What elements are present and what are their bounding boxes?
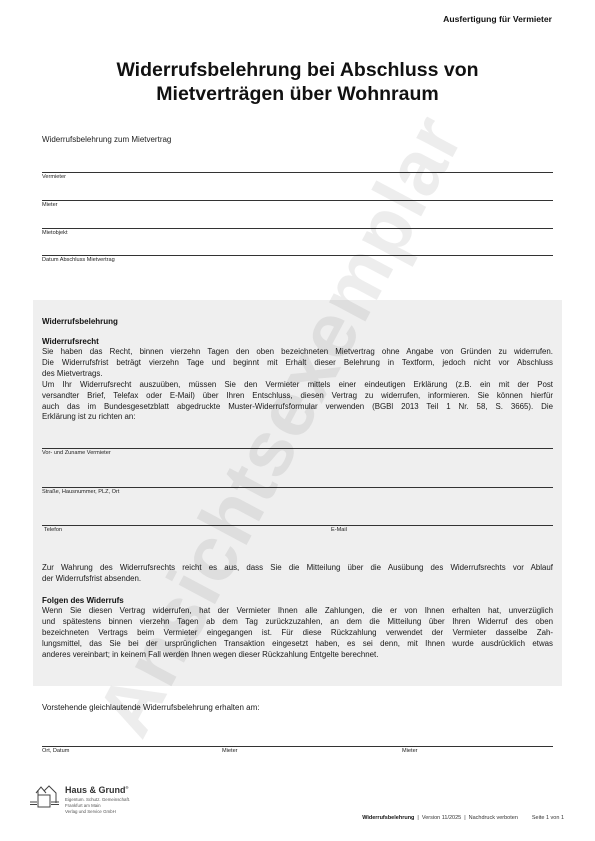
text-line: der Widerrufsfrist absenden. [42, 574, 553, 585]
text-line: Um Ihr Widerrufsrecht auszuüben, müssen … [42, 380, 553, 391]
consequences-text: Wenn Sie diesen Vertrag widerrufen, hat … [42, 606, 553, 661]
tenant-field-label: Mieter [42, 202, 58, 208]
text-line: Zur Wahrung des Widerrufsrechts reicht e… [42, 563, 553, 574]
tenant-field-line[interactable] [42, 200, 553, 201]
email-label: E-Mail [331, 527, 347, 533]
landlord-field-line[interactable] [42, 172, 553, 173]
consequences-heading: Folgen des Widerrufs [42, 596, 124, 605]
text-line: des Mietvertrags. [42, 369, 553, 380]
footer-notice: Nachdruck verboten [469, 815, 518, 821]
logo-tagline: Eigentum. Schutz. Gemeinschaft. [65, 797, 130, 802]
contact-field-line[interactable] [42, 525, 553, 526]
title-line-2: Mietverträgen über Wohnraum [0, 82, 595, 106]
withdrawal-right-heading: Widerrufsrecht [42, 337, 99, 346]
title-line-1: Widerrufsbelehrung bei Abschluss von [0, 58, 595, 82]
text-line: Wenn Sie diesen Vertrag widerrufen, hat … [42, 606, 553, 617]
withdrawal-right-text: Sie haben das Recht, binnen vierzehn Tag… [42, 347, 553, 423]
landlord-address-label: Straße, Hausnummer, PLZ, Ort [42, 489, 119, 495]
landlord-name-field-line[interactable] [42, 448, 553, 449]
logo-brand: Haus & Grund® [65, 785, 128, 795]
logo-brand-text: Haus & Grund [65, 785, 126, 795]
subtitle: Widerrufsbelehrung zum Mietvertrag [42, 135, 171, 144]
haus-und-grund-logo: Haus & Grund® Eigentum. Schutz. Gemeinsc… [28, 783, 158, 828]
text-line: Sie haben das Recht, binnen vierzehn Tag… [42, 347, 553, 358]
page-footer: Widerrufsbelehrung|Version 11/2025|Nachd… [362, 815, 564, 821]
phone-label: Telefon [44, 527, 62, 533]
landlord-address-field-line[interactable] [42, 487, 553, 488]
place-date-label: Ort, Datum [42, 748, 69, 754]
footer-version: Version 11/2025 [422, 815, 461, 821]
text-line: anderes vereinbart; in keinem Fall werde… [42, 650, 553, 661]
copy-label: Ausfertigung für Vermieter [443, 14, 552, 24]
tenant-signature-label-2: Mieter [402, 748, 418, 754]
receipt-text: Vorstehende gleichlautende Widerrufsbele… [42, 703, 259, 712]
landlord-field-label: Vermieter [42, 174, 66, 180]
property-field-label: Mietobjekt [42, 230, 68, 236]
property-field-line[interactable] [42, 228, 553, 229]
logo-city: Frankfurt am Main [65, 803, 101, 808]
text-line: und spätestens binnen vierzehn Tagen ab … [42, 617, 553, 628]
text-line: Die Widerrufsfrist beträgt vierzehn Tage… [42, 358, 553, 369]
text-line: lungsmittel, das Sie bei der ursprünglic… [42, 639, 553, 650]
instruction-heading: Widerrufsbelehrung [42, 317, 118, 326]
landlord-name-label: Vor- und Zuname Vermieter [42, 450, 111, 456]
logo-company: Verlag und Service GmbH [65, 809, 116, 814]
text-line: versandter Brief, Telefax oder E-Mail) ü… [42, 391, 553, 402]
tenant-signature-label-1: Mieter [222, 748, 238, 754]
house-icon [28, 783, 64, 813]
footer-doc-name: Widerrufsbelehrung [362, 815, 414, 821]
text-line: bezeichneten Vertrags beim Vermieter ein… [42, 628, 553, 639]
text-line: Erklärung ist zu richten an: [42, 412, 553, 423]
text-line: auch das im Bundesgesetzblatt abgedruckt… [42, 402, 553, 413]
signature-field-line[interactable] [42, 746, 553, 747]
contract-date-field-label: Datum Abschluss Mietvertrag [42, 257, 115, 263]
page-title: Widerrufsbelehrung bei Abschluss von Mie… [0, 58, 595, 106]
deadline-text: Zur Wahrung des Widerrufsrechts reicht e… [42, 563, 553, 585]
contract-date-field-line[interactable] [42, 255, 553, 256]
footer-page-number: Seite 1 von 1 [532, 815, 564, 821]
